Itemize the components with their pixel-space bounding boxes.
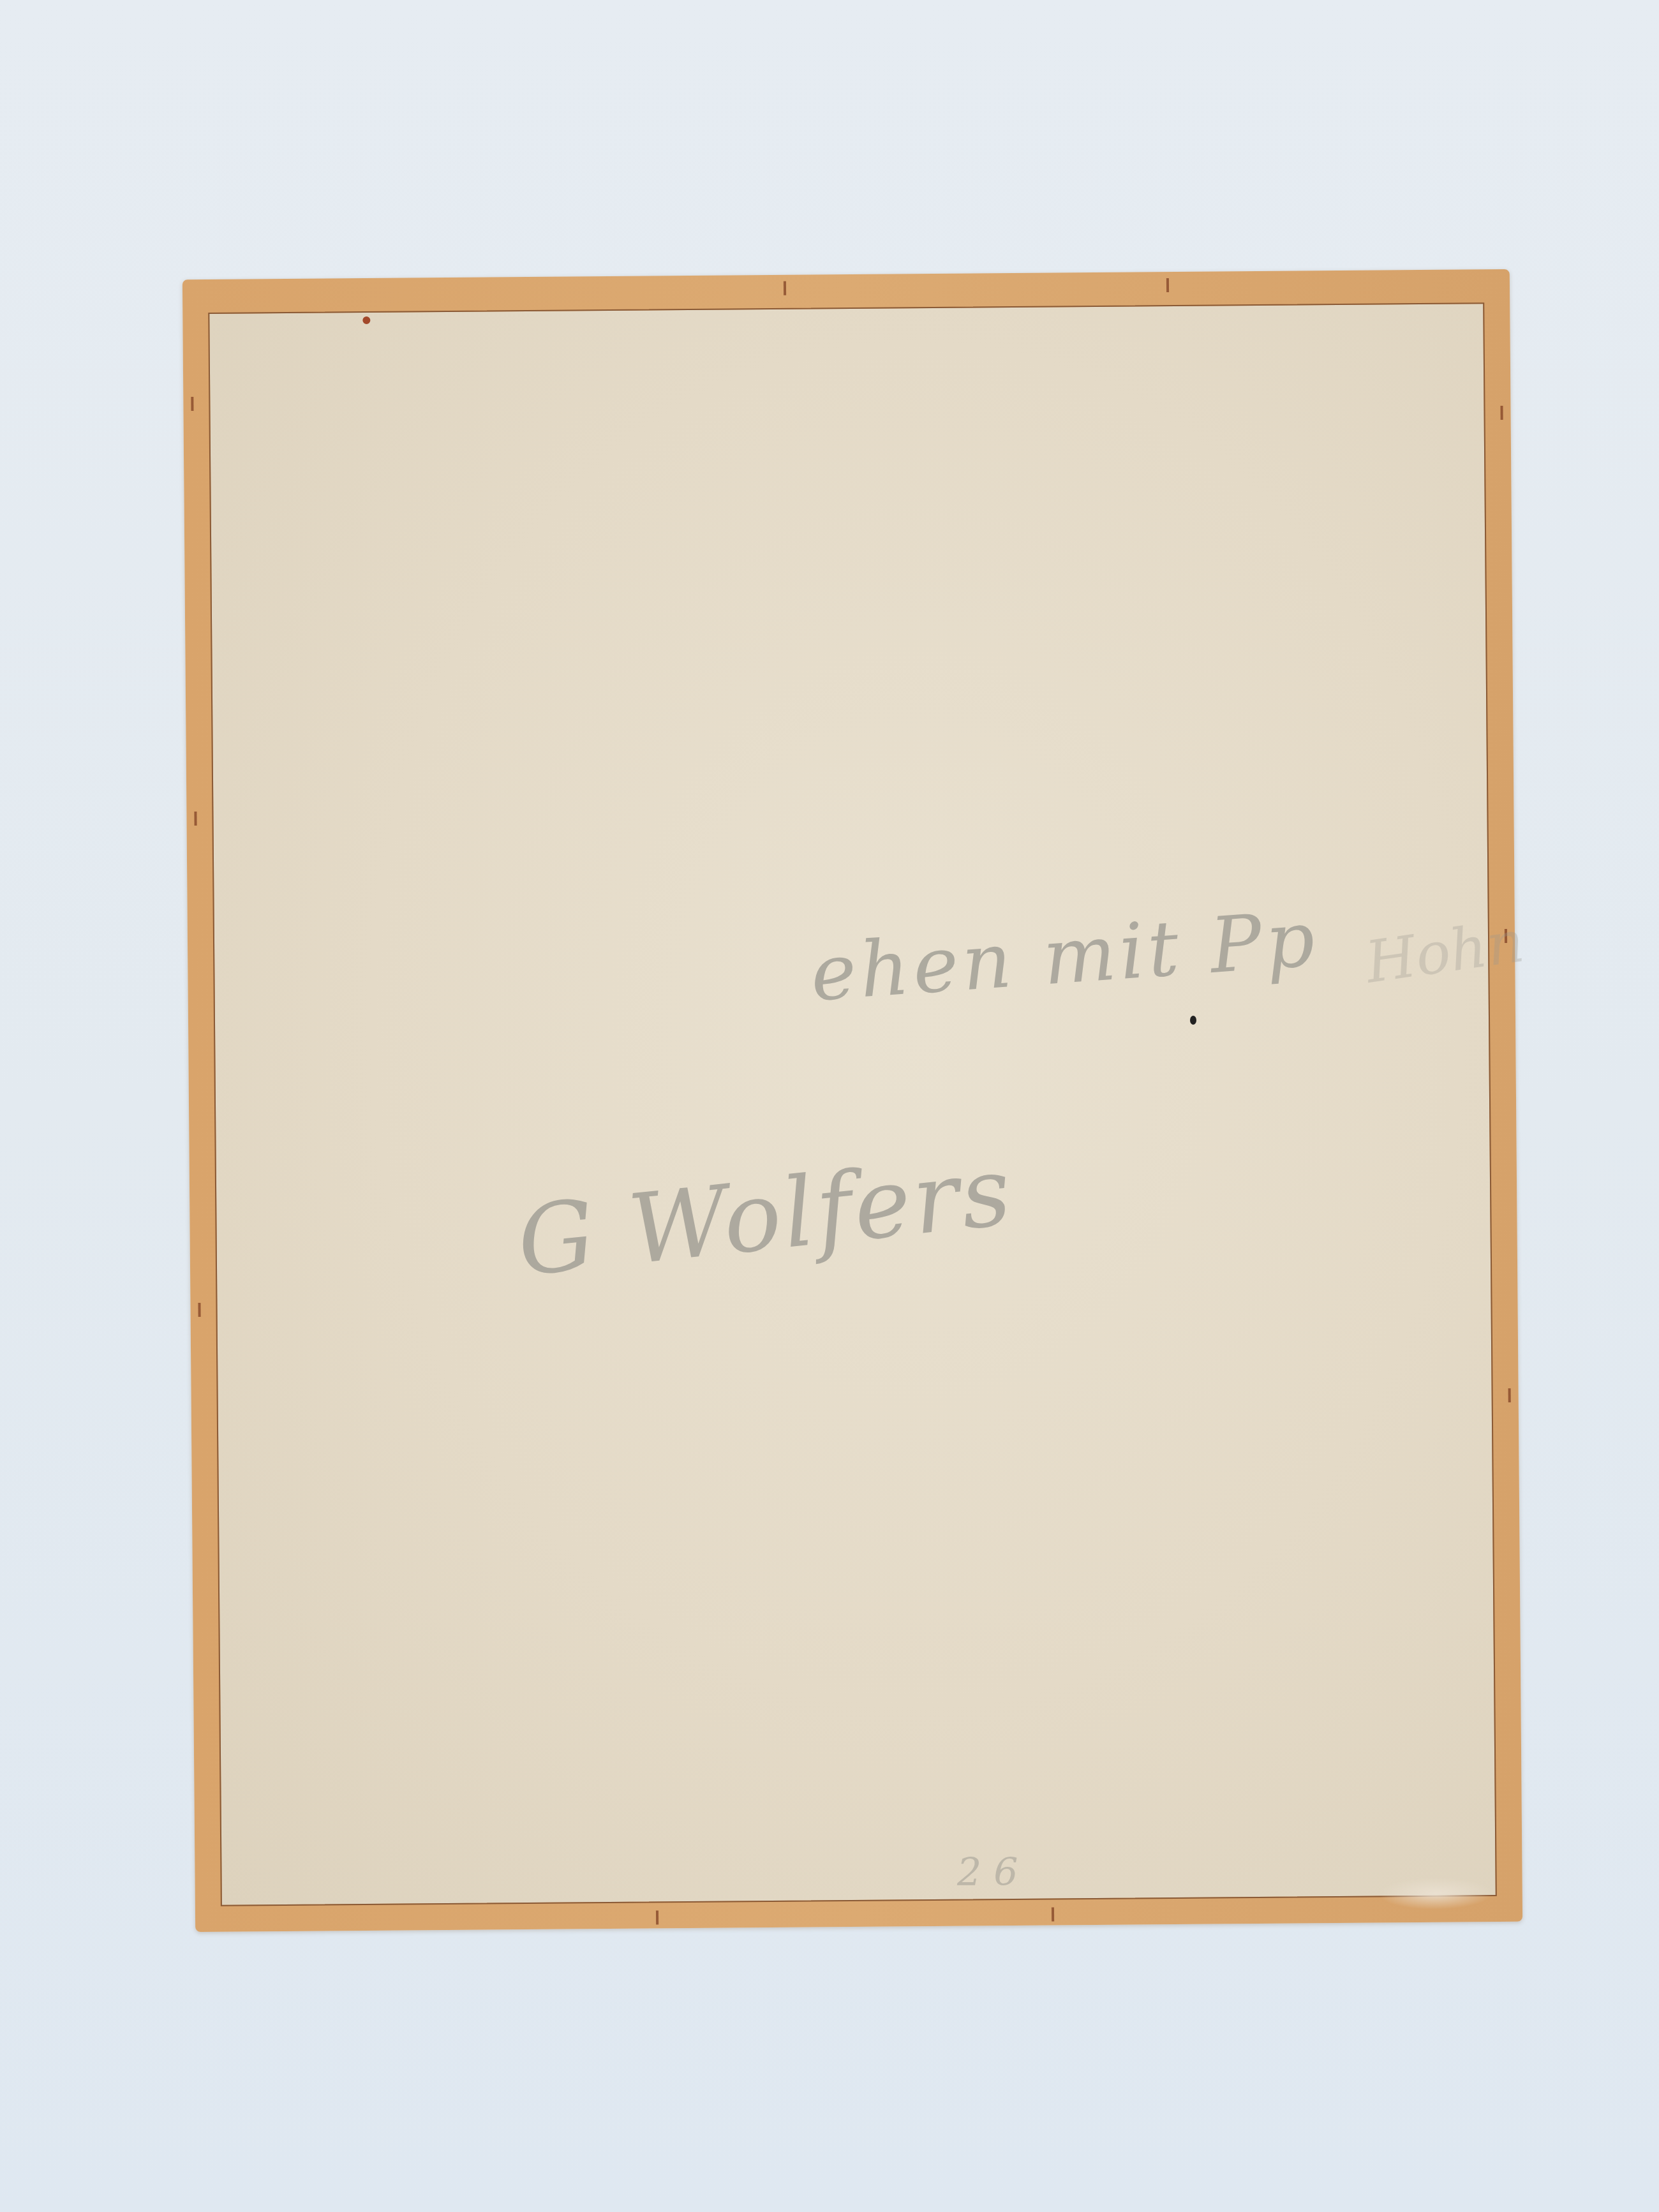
nail-mark [1508, 1388, 1511, 1402]
nail-mark [784, 281, 786, 295]
nail-mark [656, 1910, 658, 1924]
bottom-number: 2 6 [957, 1850, 1018, 1895]
backing-board [208, 302, 1497, 1906]
nail-mark [194, 812, 197, 826]
tack-mark [362, 316, 370, 324]
nail-mark [1500, 406, 1503, 420]
nail-mark [1166, 278, 1169, 292]
ink-dot [1190, 1016, 1196, 1025]
worn-corner [1378, 1877, 1493, 1910]
frame-back [182, 269, 1522, 1932]
nail-mark [191, 397, 193, 411]
nail-mark [198, 1303, 200, 1317]
nail-mark [1052, 1908, 1054, 1922]
